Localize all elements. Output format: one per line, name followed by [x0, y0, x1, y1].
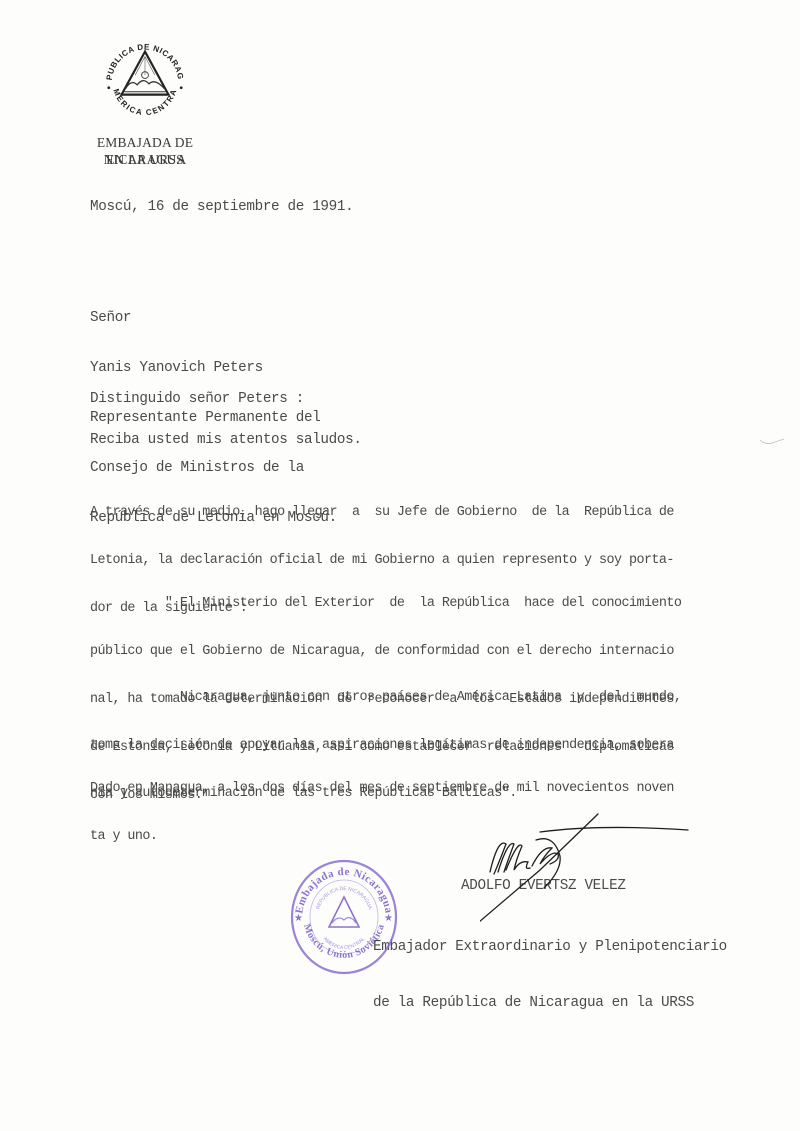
paragraph-line: " El Ministerio del Exterior de la Repúb… [90, 595, 681, 613]
svg-text:Moscú, Unión Soviética: Moscú, Unión Soviética [301, 923, 387, 961]
handwritten-signature-icon [480, 810, 700, 935]
embassy-heading: EMBAJADA DE NICARAGUA EN LA URSS [60, 134, 230, 168]
paragraph-line: A través de su medio, hago llegar a su J… [90, 504, 674, 522]
recipient-line: Yanis Yanovich Peters [90, 359, 337, 377]
paragraph-line: Nicaragua, junto con otros países de Amé… [90, 689, 681, 707]
coat-of-arms-icon: REPUBLICA DE NICARAGUA AMERICA CENTRAL [96, 32, 194, 124]
date-line: Moscú, 16 de septiembre de 1991. [90, 199, 353, 215]
embassy-name: EMBAJADA DE NICARAGUA [60, 134, 230, 151]
salutation: Distinguido señor Peters : [90, 391, 304, 407]
embassy-location: EN LA URSS [60, 151, 230, 168]
greeting: Reciba usted mis atentos saludos. [90, 432, 362, 448]
recipient-line: Representante Permanente del [90, 409, 337, 427]
signer-title-line: Embajador Extraordinario y Plenipotencia… [373, 935, 727, 959]
signer-title-line: de la República de Nicaragua en la URSS [373, 991, 727, 1015]
scan-artifact-mark [758, 435, 788, 447]
svg-text:REPUBLICA DE NICARAGUA: REPUBLICA DE NICARAGUA [96, 32, 185, 81]
paragraph-line: Dado en Managua, a los dos días del mes … [90, 780, 674, 798]
embassy-seal-stamp-icon: Embajada de Nicaragua Moscú, Unión Sovié… [288, 855, 400, 977]
svg-text:★: ★ [384, 913, 393, 924]
recipient-line: Señor [90, 309, 337, 327]
svg-text:★: ★ [294, 913, 303, 924]
